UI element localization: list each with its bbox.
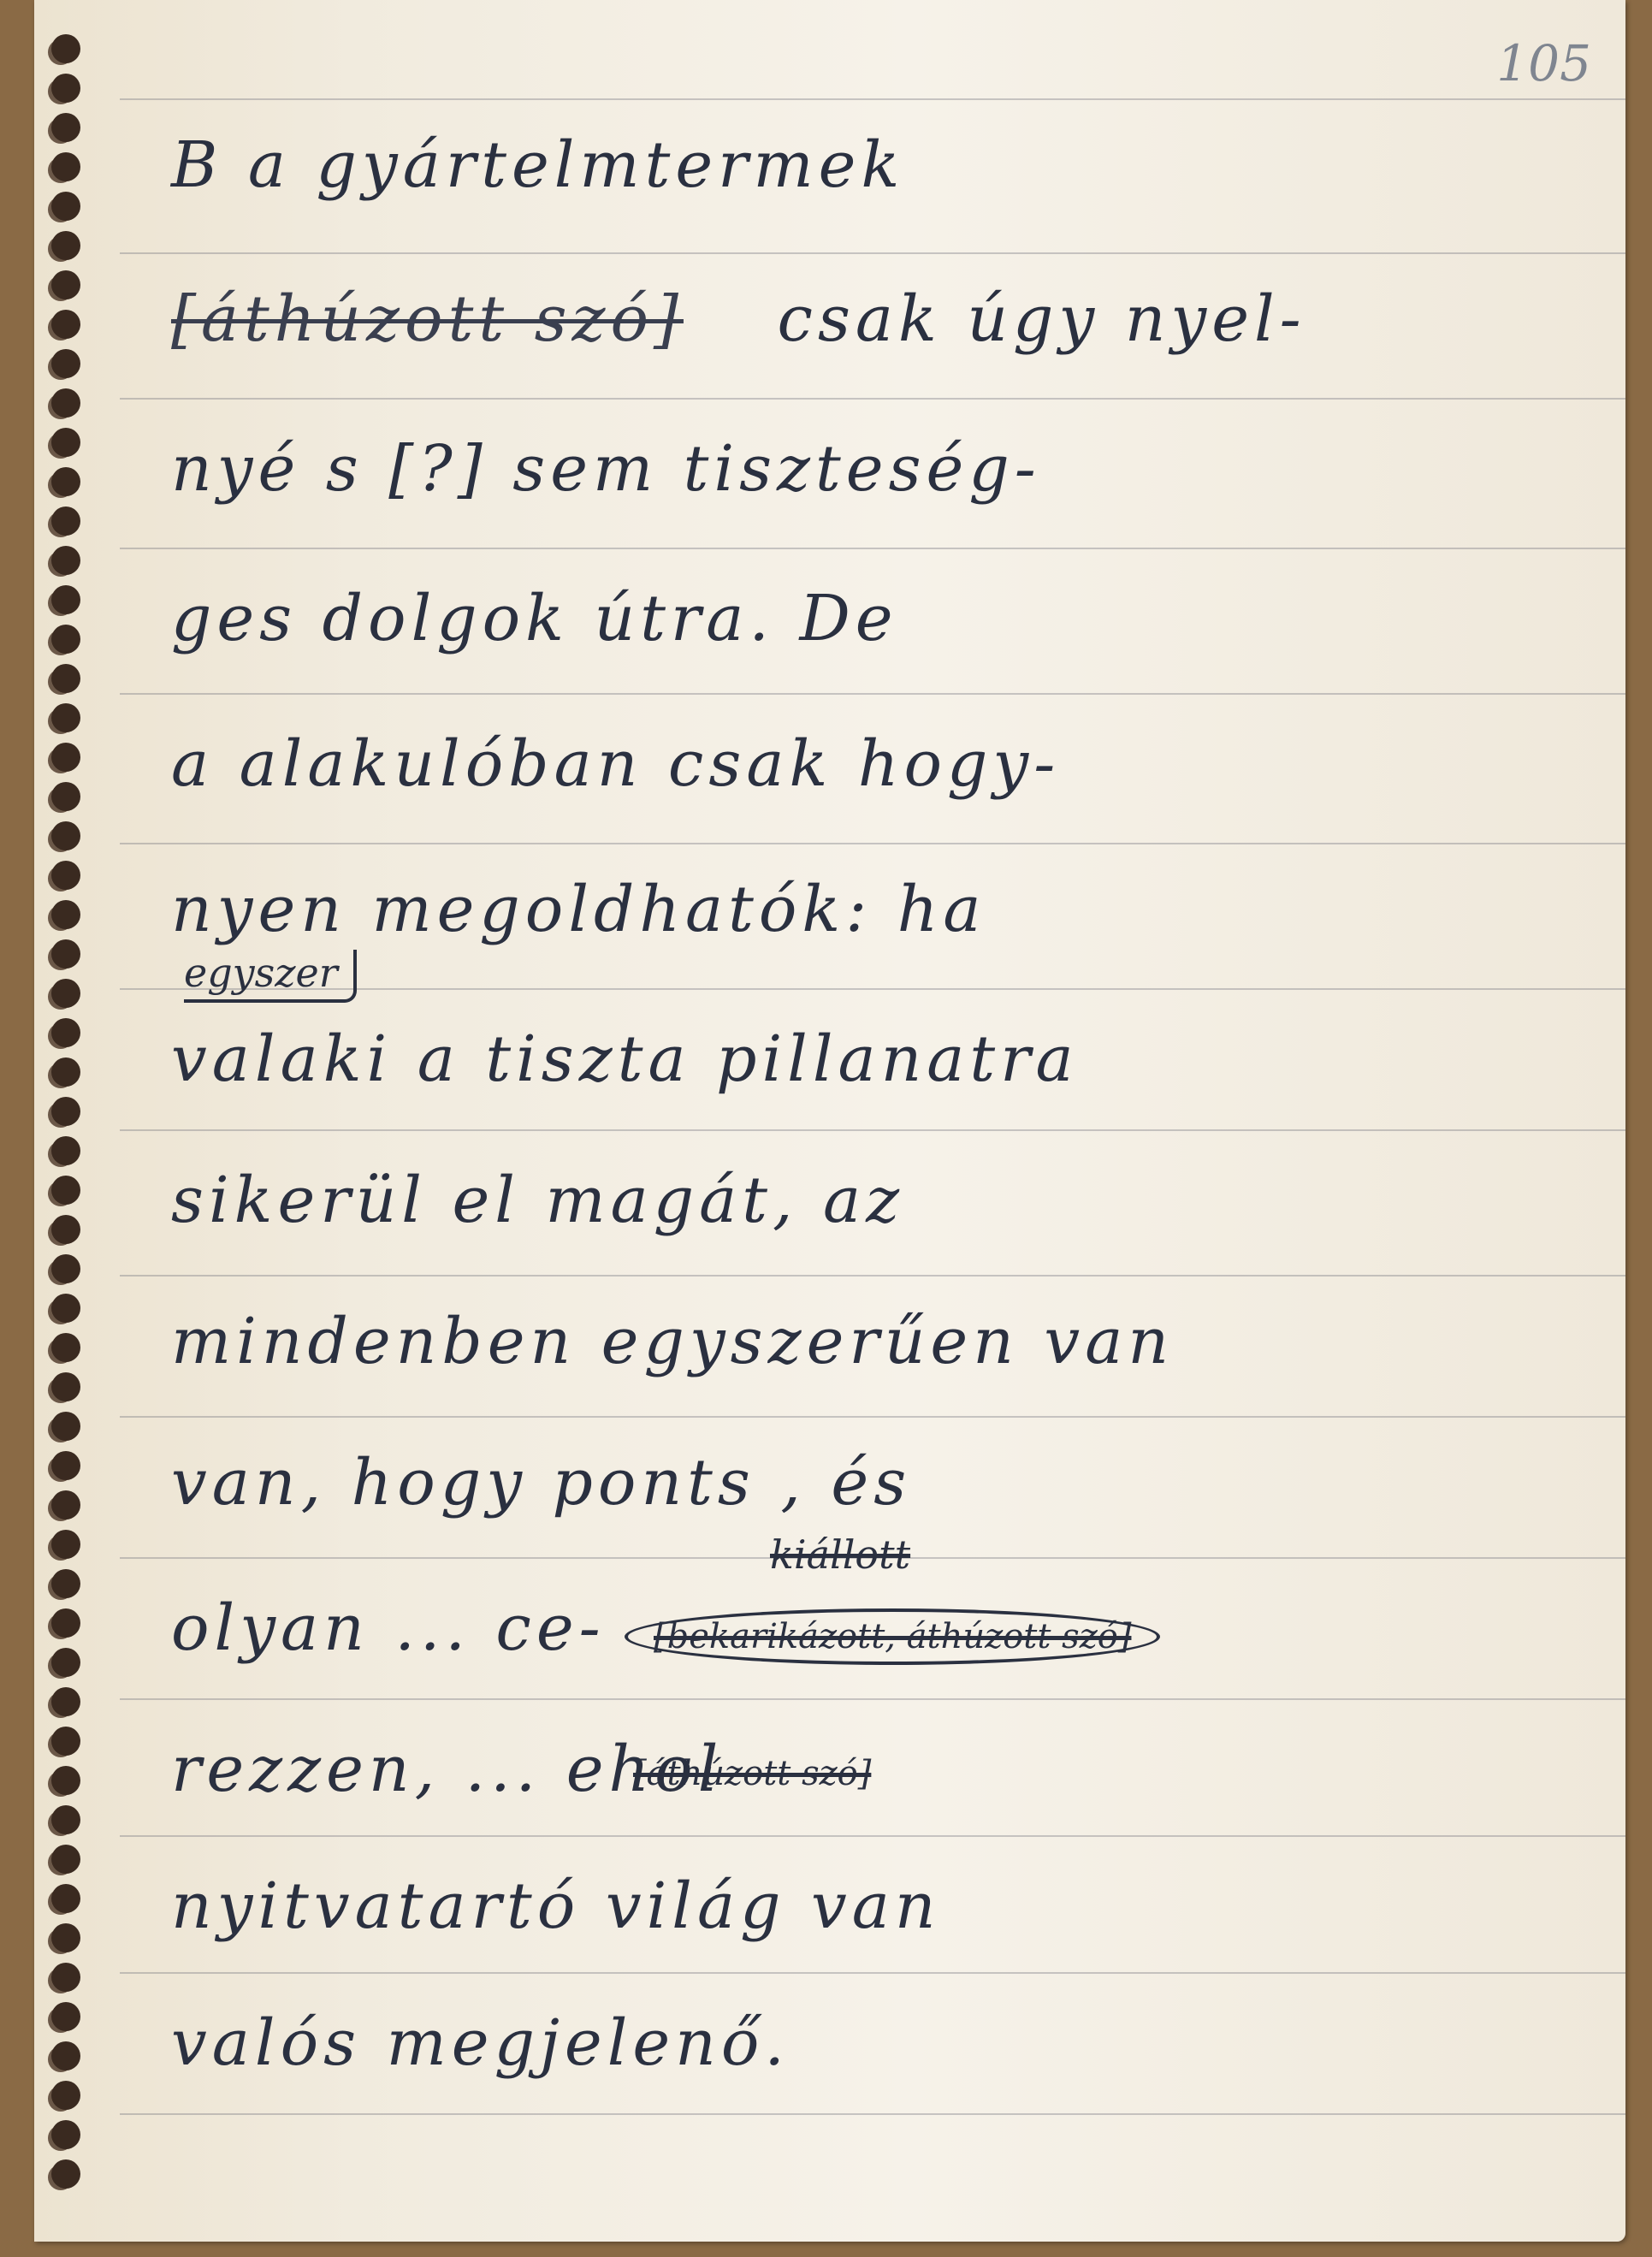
circled-struck-word: [bekarikázott, áthúzott szó] [625,1608,1160,1665]
spiral-ring [51,467,80,496]
spiral-ring [51,743,80,772]
spiral-ring [51,1608,80,1638]
handwritten-line: nyé s [?] sem tiszteség- [171,432,1574,506]
spiral-ring [51,231,80,260]
rule-line [120,98,1625,100]
spiral-ring [51,388,80,418]
rule-line [120,693,1625,695]
line-text: ges dolgok útra. De [171,582,898,655]
spiral-ring [51,2041,80,2070]
line-text: a alakulóban csak hogy- [171,727,1060,801]
rule-line [120,843,1625,844]
line-text: mindenben egyszerűen van [171,1305,1174,1378]
rule-line [120,252,1625,254]
handwritten-line: nyen megoldhatók: ha [171,873,1574,946]
spiral-ring [51,428,80,457]
spiral-ring [51,1490,80,1519]
inserted-word: egyszer [184,950,357,1003]
handwritten-line: a alakulóban csak hogy- [171,727,1574,801]
handwritten-line: ges dolgok útra. De [171,582,1574,655]
spiral-ring [51,2081,80,2110]
spiral-ring [51,1569,80,1598]
spiral-ring [51,2159,80,2189]
spiral-ring [51,1294,80,1323]
spiral-ring [51,1215,80,1244]
spiral-ring [51,939,80,969]
struck-word: [áthúzott szó] [633,1754,871,1793]
spiral-ring [51,1963,80,1992]
line-text: nyitvatartó világ van [171,1869,941,1943]
spiral-ring [51,1057,80,1087]
spiral-ring [51,1136,80,1165]
spiral-ring [51,1333,80,1362]
notebook-page: 105 B a gyártelmtermek [áthúzott szó] cs… [34,0,1625,2242]
spiral-ring [51,506,80,536]
spiral-ring [51,1884,80,1913]
handwritten-line: B a gyártelmtermek [171,128,1574,202]
spiral-ring [51,821,80,850]
spiral-ring [51,1648,80,1677]
spiral-ring [51,979,80,1008]
inserted-struck-word: kiállott [770,1531,910,1578]
spiral-ring [51,1805,80,1834]
line-text: valaki a tiszta pillanatra [171,1022,1079,1096]
spiral-ring [51,625,80,654]
spiral-ring [51,900,80,929]
spiral-ring [51,1097,80,1126]
handwritten-line: valaki a tiszta pillanatra [171,1022,1574,1096]
spiral-ring [51,1530,80,1559]
spiral-ring [51,861,80,890]
rule-line [120,398,1625,400]
line-text: nyen megoldhatók: ha [171,873,986,946]
spiral-ring [51,546,80,575]
spiral-ring [51,1727,80,1756]
handwritten-line: sikerül el magát, az [171,1164,1574,1237]
rule-line [120,548,1625,549]
handwritten-line: rezzen, ... ehol [171,1733,1574,1806]
spiral-ring [51,270,80,299]
handwritten-line: [áthúzott szó] csak úgy nyel- [171,282,1574,356]
rule-line [120,1129,1625,1131]
line-text: sikerül el magát, az [171,1164,904,1237]
rule-line [120,1416,1625,1418]
spiral-ring [51,1018,80,1047]
handwritten-line: van, hogy ponts , és [171,1446,1574,1519]
handwritten-line: mindenben egyszerűen van [171,1305,1574,1378]
line-text: valós megjelenő. [171,2006,790,2080]
spiral-ring [51,1766,80,1795]
spiral-ring [51,1687,80,1716]
spiral-ring [51,34,80,63]
spiral-ring [51,74,80,103]
rule-line [120,2113,1625,2115]
rule-line [120,1698,1625,1700]
spiral-ring [51,664,80,693]
spiral-ring [51,1412,80,1441]
line-text: van, hogy ponts , és [171,1446,911,1519]
spiral-ring [51,2002,80,2031]
line-text: nyé s [?] sem tiszteség- [171,432,1041,506]
spiral-ring [51,782,80,811]
rule-line [120,1835,1625,1837]
spiral-ring [51,703,80,732]
handwritten-line: nyitvatartó világ van [171,1869,1574,1943]
spiral-ring [51,1372,80,1401]
line-text: B a gyártelmtermek [171,128,904,202]
line-text: olyan ... ce- [171,1591,606,1665]
rule-line [120,1972,1625,1974]
line-text: csak úgy nyel- [778,282,1306,356]
spiral-ring [51,1845,80,1874]
struck-word: [áthúzott szó] [171,282,684,356]
page-number: 105 [1496,34,1591,92]
spiral-ring [51,310,80,339]
spiral-ring [51,152,80,181]
rule-line [120,1275,1625,1277]
spiral-ring [51,113,80,142]
spiral-ring [51,349,80,378]
spiral-binding [34,34,94,2242]
spiral-ring [51,1254,80,1283]
spiral-ring [51,1923,80,1952]
spiral-ring [51,1176,80,1205]
spiral-ring [51,2120,80,2149]
spiral-ring [51,585,80,614]
spiral-ring [51,1451,80,1480]
handwritten-line: valós megjelenő. [171,2006,1574,2080]
spiral-ring [51,192,80,221]
